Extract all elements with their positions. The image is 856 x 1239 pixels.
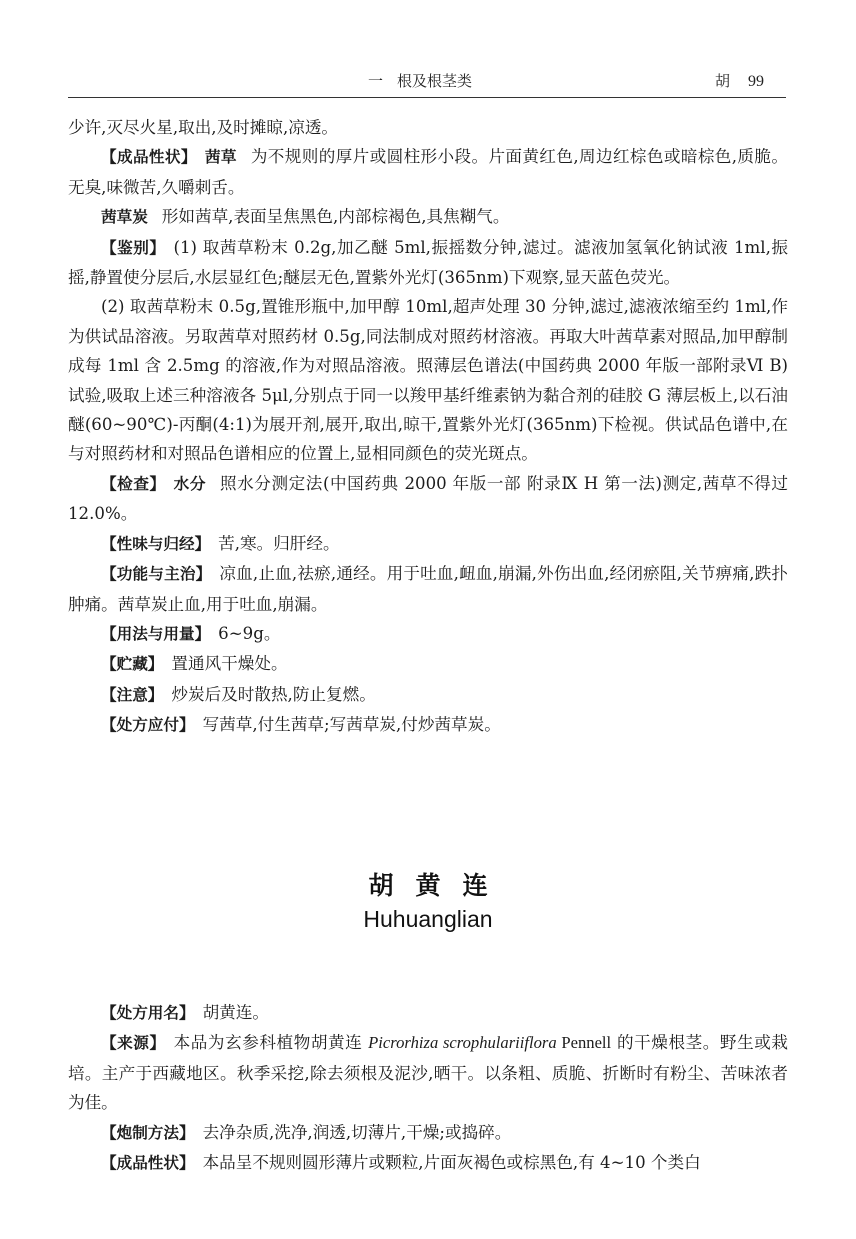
entry-qiancao-body: 少许,灭尽火星,取出,及时摊晾,凉透。 【成品性状】茜草为不规则的厚片或圆柱形小… [68,113,788,741]
product-traits-paragraph: 【成品性状】茜草为不规则的厚片或圆柱形小段。片面黄红色,周边红棕色或暗棕色,质脆… [68,142,788,202]
section-label: 【检查】 [101,475,166,493]
prescription-name-paragraph: 【处方用名】胡黄连。 [68,998,788,1028]
latin-name: Picrorhiza scrophulariiflora Pennell [368,1033,611,1052]
continuation-paragraph: 少许,灭尽火星,取出,及时摊晾,凉透。 [68,113,788,142]
section-label: 【用法与用量】 [101,625,210,643]
entry-title-block: 胡黄连 Huhuanglian [0,866,856,933]
identification-paragraph-2: (2) 取茜草粉末 0.5g,置锥形瓶中,加甲醇 10ml,超声处理 30 分钟… [68,292,788,468]
section-label: 【成品性状】 [101,1154,195,1172]
nature-paragraph: 【性味与归经】苦,寒。归肝经。 [68,529,788,559]
entry-title-chinese: 胡黄连 [0,866,856,902]
inspection-paragraph: 【检查】水分照水分测定法(中国药典 2000 年版一部 附录Ⅸ H 第一法)测定… [68,469,788,529]
sub-item-name: 水分 [174,475,206,493]
processing-paragraph: 【炮制方法】去净杂质,洗净,润透,切薄片,干燥;或捣碎。 [68,1118,788,1148]
section-label: 【处方应付】 [101,716,195,734]
section-label: 【成品性状】 [101,148,197,166]
entry-huhuanglian-body: 【处方用名】胡黄连。 【来源】本品为玄参科植物胡黄连 Picrorhiza sc… [68,998,788,1178]
product-traits-paragraph: 【成品性状】本品呈不规则圆形薄片或颗粒,片面灰褐色或棕黑色,有 4~10 个类白 [68,1148,788,1178]
section-label: 【注意】 [101,686,163,704]
sub-item-name: 茜草炭 [101,208,148,226]
dosage-paragraph: 【用法与用量】6~9g。 [68,619,788,649]
header-index-char: 胡 [715,72,730,90]
identification-paragraph-1: 【鉴别】(1) 取茜草粉末 0.2g,加乙醚 5ml,振摇数分钟,滤过。滤液加氢… [68,233,788,293]
function-paragraph: 【功能与主治】凉血,止血,祛瘀,通经。用于吐血,衄血,崩漏,外伤出血,经闭瘀阻,… [68,559,788,619]
header-rule [68,97,786,98]
section-label: 【功能与主治】 [101,565,211,583]
product-traits-charcoal-paragraph: 茜草炭形如茜草,表面呈焦黑色,内部棕褐色,具焦糊气。 [68,202,788,232]
running-header: 一根及根茎类 胡99 [68,68,786,98]
caution-paragraph: 【注意】炒炭后及时散热,防止复燃。 [68,680,788,710]
section-label: 【鉴别】 [101,239,165,257]
prescription-paragraph: 【处方应付】写茜草,付生茜草;写茜草炭,付炒茜草炭。 [68,710,788,740]
source-paragraph: 【来源】本品为玄参科植物胡黄连 Picrorhiza scrophulariif… [68,1028,788,1117]
header-page-info: 胡99 [715,70,764,91]
section-label: 【炮制方法】 [101,1124,195,1142]
section-label: 【性味与归经】 [101,535,210,553]
header-section-number: 一 [368,72,383,90]
entry-title-pinyin: Huhuanglian [0,906,856,933]
section-label: 【贮藏】 [101,655,163,673]
storage-paragraph: 【贮藏】置通风干燥处。 [68,649,788,679]
page-number: 99 [748,73,764,90]
section-label: 【处方用名】 [101,1004,195,1022]
header-section-title: 一根及根茎类 [368,70,472,91]
sub-item-name: 茜草 [205,148,237,166]
section-label: 【来源】 [101,1034,166,1052]
